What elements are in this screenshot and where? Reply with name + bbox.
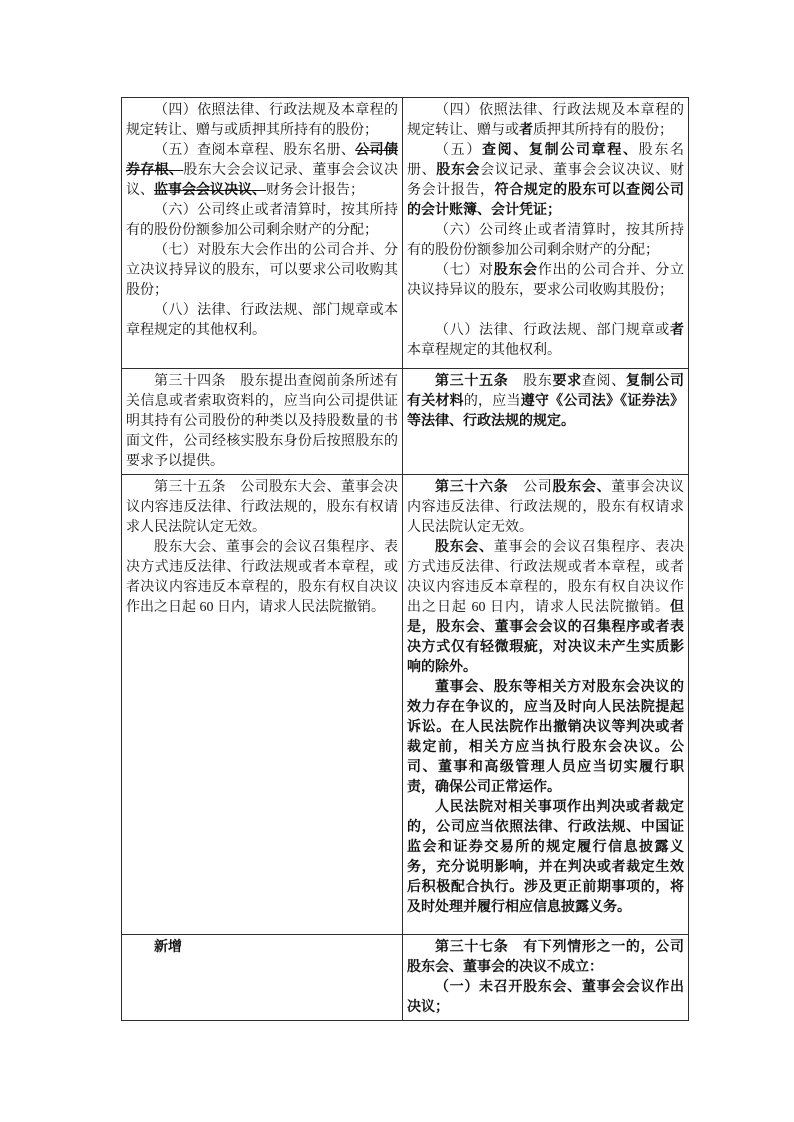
text-segment: （七）对 <box>435 263 494 278</box>
text-segment: （七）对股东大会作出的公司合并、分立决议持异议的股东，可以要求公司收购其股份； <box>126 243 398 298</box>
emphasis-text: 股东会、 <box>553 480 612 495</box>
table-row: 第三十五条 公司股东大会、董事会决议内容违反法律、行政法规的，股东有权请求人民法… <box>122 475 689 935</box>
text-segment: （八）法律、行政法规、部门规章或本章程规定的其他权利。 <box>126 303 398 338</box>
paragraph: 第三十六条 公司股东会、董事会决议内容违反法律、行政法规的，股东有权请求人民法院… <box>407 478 684 538</box>
table-cell-right: 第三十七条 有下列情形之一的，公司股东会、董事会的决议不成立：（一）未召开股东会… <box>403 935 689 1021</box>
paragraph: （五）查阅本章程、股东名册、公司债券存根、股东大会会议记录、董事会会议决议、监事… <box>126 141 398 201</box>
text-segment: 质押其所持有的股份； <box>533 123 673 138</box>
deleted-text: 监事会会议决议、 <box>154 183 266 198</box>
text-segment: （八）法律、行政法规、部门规章或 <box>435 323 670 338</box>
text-segment: 第三十四条 股东提出查阅前条所述有关信息或者索取资料的，应当向公司提供证明其持有… <box>126 374 398 469</box>
blank-line <box>407 301 684 321</box>
table-cell-left: 新增 <box>122 935 403 1021</box>
emphasis-text: 董事会、股东等相关方对股东会决议的效力存在争议的，应当及时向人民法院提起诉讼。在… <box>407 680 684 795</box>
emphasis-text: 股东会、 <box>435 540 494 555</box>
emphasis-text: 人民法院对相关事项作出判决或者裁定的，公司应当依照法律、行政法规、中国证监会和证… <box>407 800 684 915</box>
table-cell-right: （四）依照法律、行政法规及本章程的规定转让、赠与或者质押其所持有的股份；（五）查… <box>403 98 689 369</box>
paragraph: （八）法律、行政法规、部门规章或者本章程规定的其他权利。 <box>407 321 684 361</box>
text-segment: 查阅、 <box>582 374 626 389</box>
paragraph: （七）对股东会作出的公司合并、分立决议持异议的股东，要求公司收购其股份； <box>407 261 684 301</box>
text-segment: （四）依照法律、行政法规及本章程的规定转让、赠与或质押其所持有的股份； <box>126 103 398 138</box>
paragraph: （六）公司终止或者清算时，按其所持有的股份份额参加公司剩余财产的分配； <box>126 201 398 241</box>
text-segment: 公司 <box>508 480 552 495</box>
table-cell-right: 第三十六条 公司股东会、董事会决议内容违反法律、行政法规的，股东有权请求人民法院… <box>403 475 689 935</box>
comparison-table-body: （四）依照法律、行政法规及本章程的规定转让、赠与或质押其所持有的股份；（五）查阅… <box>122 98 689 1021</box>
paragraph: （一）未召开股东会、董事会会议作出决议； <box>407 978 684 1018</box>
table-cell-left: 第三十五条 公司股东大会、董事会决议内容违反法律、行政法规的，股东有权请求人民法… <box>122 475 403 935</box>
paragraph: 第三十五条 公司股东大会、董事会决议内容违反法律、行政法规的，股东有权请求人民法… <box>126 478 398 538</box>
comparison-table: （四）依照法律、行政法规及本章程的规定转让、赠与或质押其所持有的股份；（五）查阅… <box>121 97 689 1021</box>
text-segment: 财务会计报告； <box>266 183 364 198</box>
text-segment: 第三十五条 公司股东大会、董事会决议内容违反法律、行政法规的，股东有权请求人民法… <box>126 480 398 535</box>
text-segment: 股东大会、董事会的会议召集程序、表决方式违反法律、行政法规或者本章程，或者决议内… <box>126 540 398 615</box>
text-segment: （五）查阅本章程、股东名册、 <box>154 143 355 158</box>
paragraph: （八）法律、行政法规、部门规章或本章程规定的其他权利。 <box>126 301 398 341</box>
text-segment: （六）公司终止或者清算时，按其所持有的股份份额参加公司剩余财产的分配； <box>126 203 398 238</box>
text-segment: 股东 <box>508 374 552 389</box>
table-row: 第三十四条 股东提出查阅前条所述有关信息或者索取资料的，应当向公司提供证明其持有… <box>122 369 689 475</box>
paragraph: 第三十五条 股东要求查阅、复制公司有关材料的，应当遵守《公司法》《证券法》等法律… <box>407 372 684 432</box>
emphasis-text: 者 <box>519 123 533 138</box>
emphasis-text: 第三十六条 <box>435 480 508 495</box>
table-row: 新增第三十七条 有下列情形之一的，公司股东会、董事会的决议不成立：（一）未召开股… <box>122 935 689 1021</box>
paragraph: （四）依照法律、行政法规及本章程的规定转让、赠与或质押其所持有的股份； <box>126 101 398 141</box>
emphasis-text: 要求 <box>553 374 582 389</box>
paragraph: 第三十四条 股东提出查阅前条所述有关信息或者索取资料的，应当向公司提供证明其持有… <box>126 372 398 472</box>
emphasis-text: 股东会 <box>494 263 538 278</box>
paragraph: （六）公司终止或者清算时，按其所持有的股份份额参加公司剩余财产的分配； <box>407 221 684 261</box>
table-cell-right: 第三十五条 股东要求查阅、复制公司有关材料的，应当遵守《公司法》《证券法》等法律… <box>403 369 689 475</box>
text-segment: 的，应当 <box>464 394 521 409</box>
emphasis-text: 新增 <box>154 940 182 955</box>
document-page: （四）依照法律、行政法规及本章程的规定转让、赠与或质押其所持有的股份；（五）查阅… <box>0 0 794 1122</box>
paragraph: 新增 <box>126 938 398 958</box>
paragraph: （四）依照法律、行政法规及本章程的规定转让、赠与或者质押其所持有的股份； <box>407 101 684 141</box>
table-row: （四）依照法律、行政法规及本章程的规定转让、赠与或质押其所持有的股份；（五）查阅… <box>122 98 689 369</box>
emphasis-text: 第三十五条 <box>435 374 508 389</box>
paragraph: 人民法院对相关事项作出判决或者裁定的，公司应当依照法律、行政法规、中国证监会和证… <box>407 798 684 918</box>
emphasis-text: 股东会 <box>436 163 480 178</box>
emphasis-text: 者 <box>670 323 684 338</box>
paragraph: 股东大会、董事会的会议召集程序、表决方式违反法律、行政法规或者本章程，或者决议内… <box>126 538 398 618</box>
paragraph: 股东会、董事会的会议召集程序、表决方式违反法律、行政法规或者本章程，或者决议内容… <box>407 538 684 678</box>
text-segment: 本章程规定的其他权利。 <box>407 343 561 358</box>
text-segment: （六）公司终止或者清算时，按其所持有的股份份额参加公司剩余财产的分配； <box>407 223 684 258</box>
table-cell-left: （四）依照法律、行政法规及本章程的规定转让、赠与或质押其所持有的股份；（五）查阅… <box>122 98 403 369</box>
emphasis-text: （一）未召开股东会、董事会会议作出决议； <box>407 980 684 1015</box>
emphasis-text: 查阅、复制公司章程、 <box>482 143 639 158</box>
emphasis-text: 第三十七条 有下列情形之一的，公司股东会、董事会的决议不成立： <box>407 940 684 975</box>
paragraph: （五）查阅、复制公司章程、股东名册、股东会会议记录、董事会会议决议、财务会计报告… <box>407 141 684 221</box>
paragraph: 第三十七条 有下列情形之一的，公司股东会、董事会的决议不成立： <box>407 938 684 978</box>
text-segment: （五） <box>435 143 482 158</box>
paragraph: （七）对股东大会作出的公司合并、分立决议持异议的股东，可以要求公司收购其股份； <box>126 241 398 301</box>
paragraph: 董事会、股东等相关方对股东会决议的效力存在争议的，应当及时向人民法院提起诉讼。在… <box>407 678 684 798</box>
table-cell-left: 第三十四条 股东提出查阅前条所述有关信息或者索取资料的，应当向公司提供证明其持有… <box>122 369 403 475</box>
